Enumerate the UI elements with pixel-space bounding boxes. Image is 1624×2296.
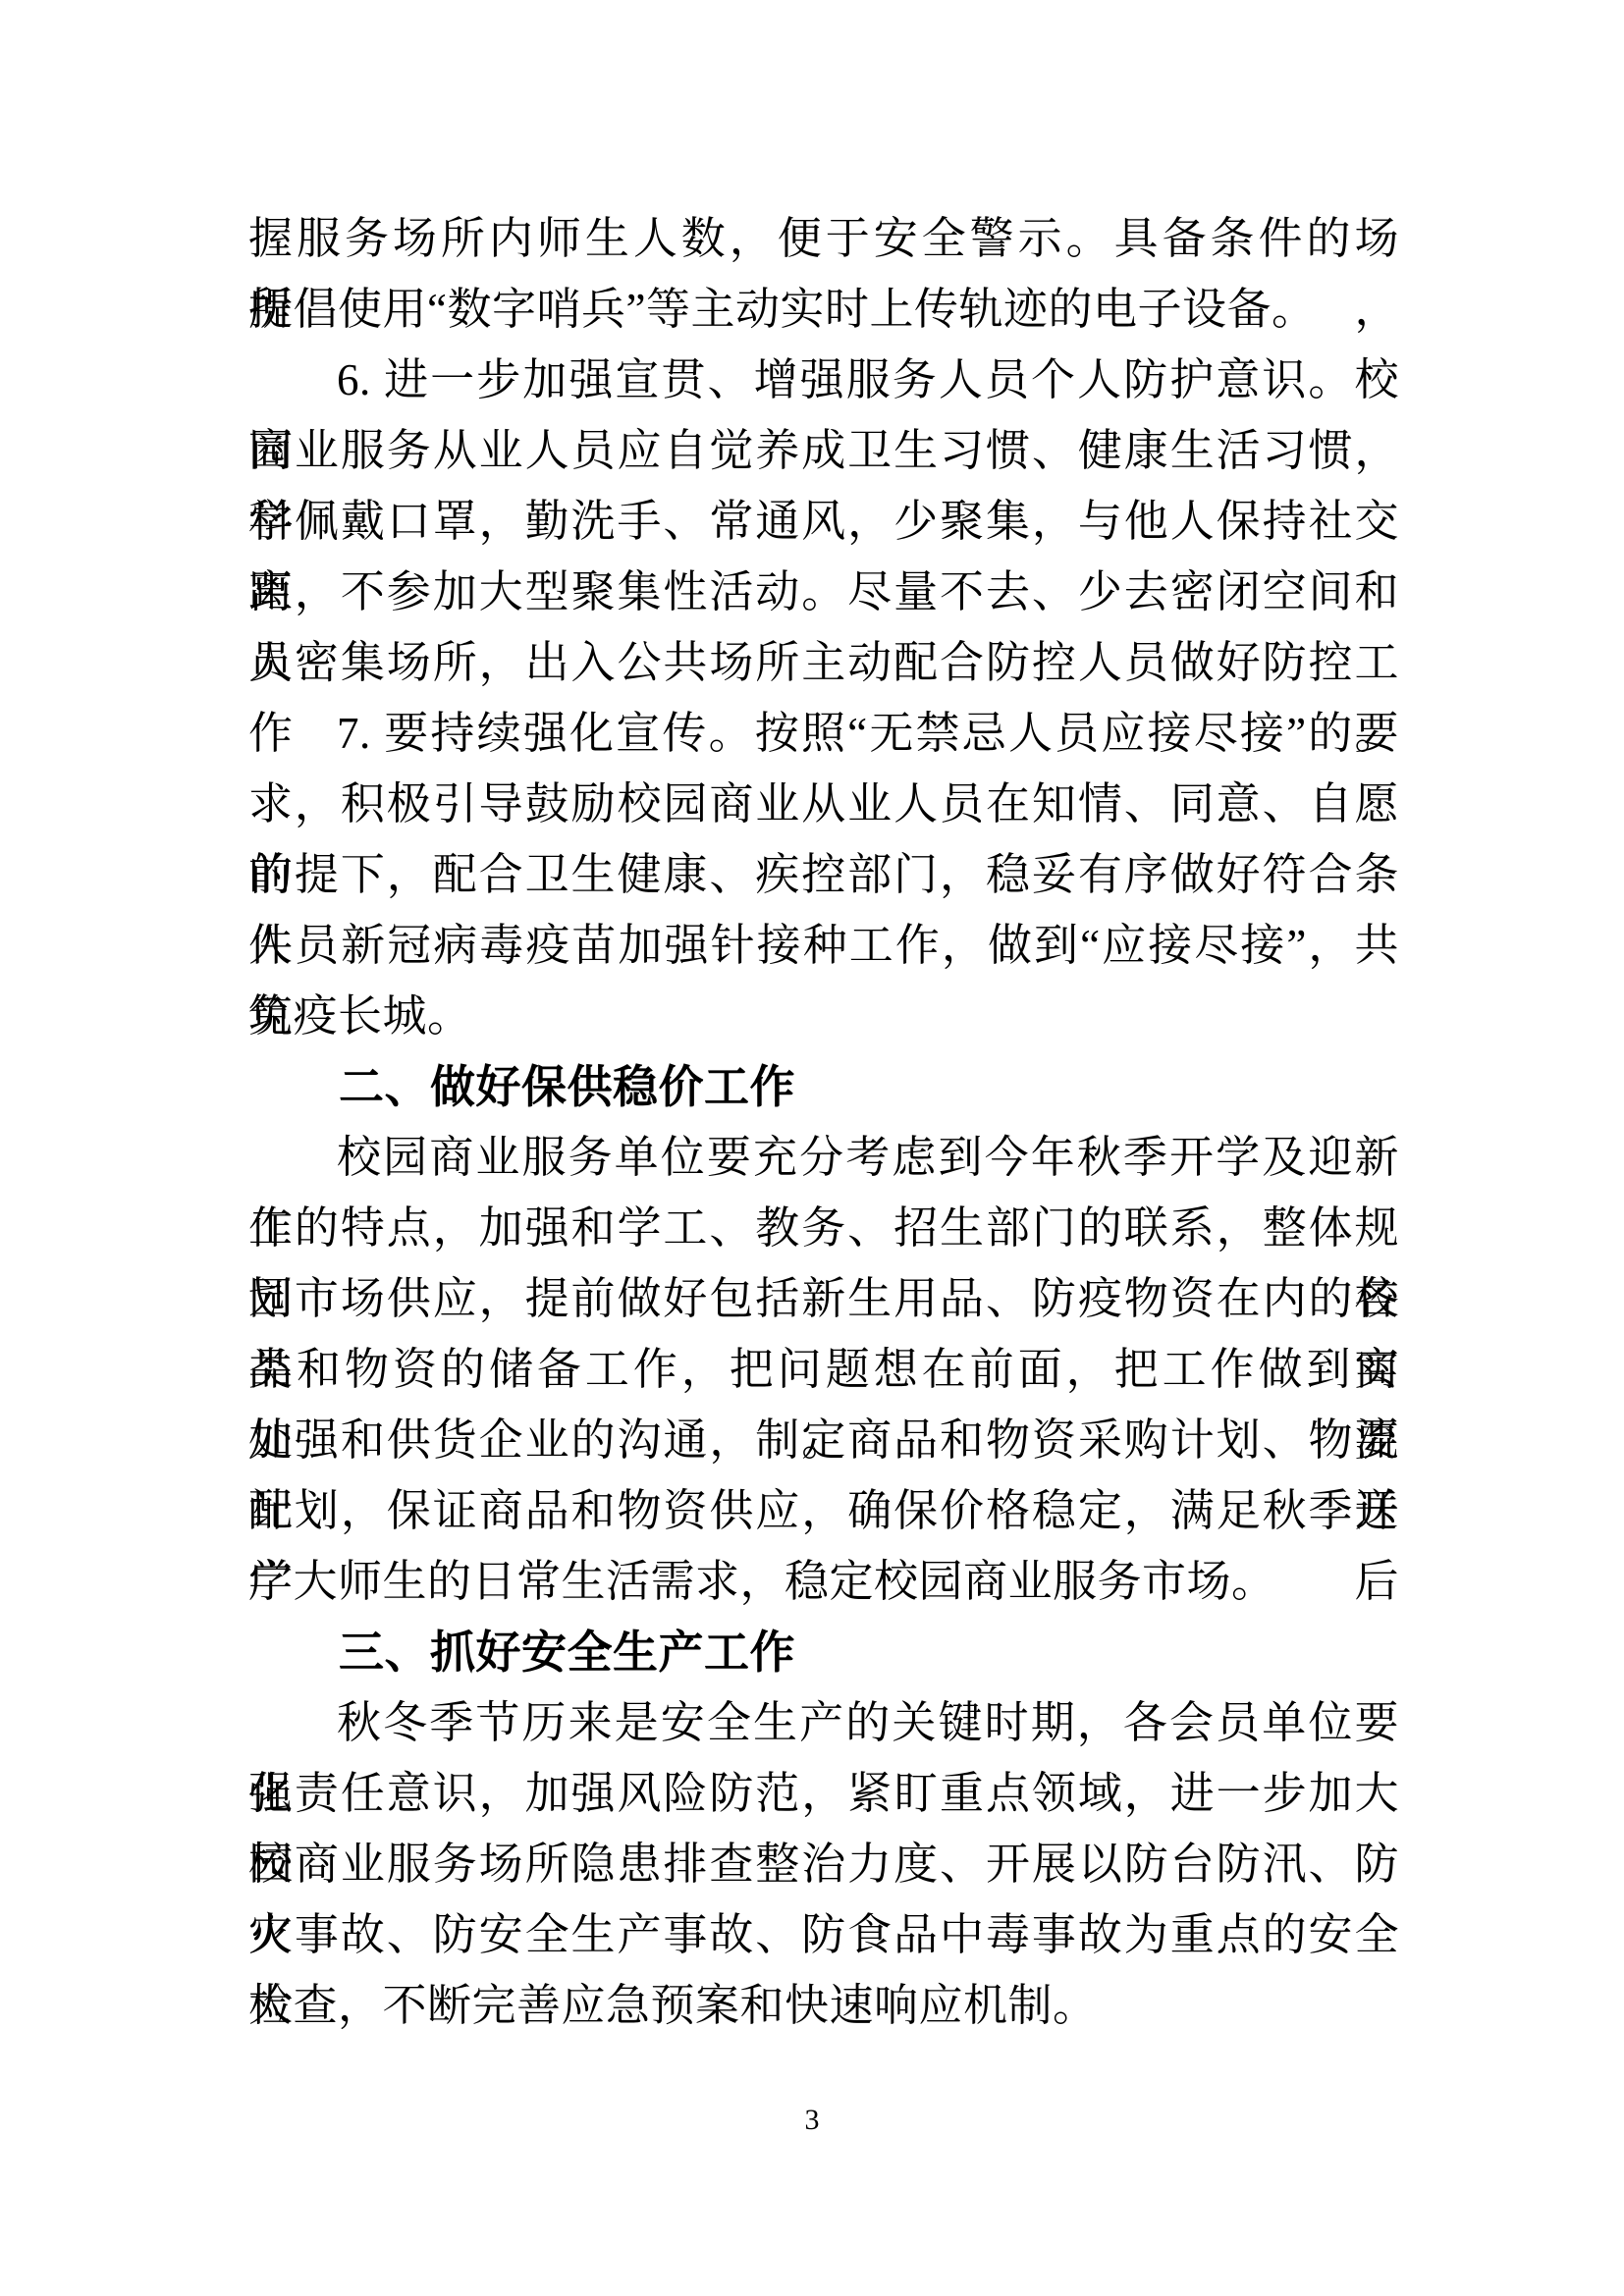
document-page: 握服务场所内师生人数，便于安全警示。具备条件的场所， 提倡使用“数字哨兵”等主动… bbox=[0, 0, 1624, 2296]
document-line: 求，积极引导鼓励校园商业从业人员在知情、同意、自愿的 bbox=[248, 769, 1399, 839]
document-line: 计划，保证商品和物资供应，确保价格稳定，满足秋季开学后 bbox=[248, 1475, 1399, 1546]
document-line: 握服务场所内师生人数，便于安全警示。具备条件的场所， bbox=[248, 203, 1399, 274]
document-line: 加强和供货企业的沟通，制定商品和物资采购计划、物流配送 bbox=[248, 1405, 1399, 1475]
document-line: 校园商业服务单位要充分考虑到今年秋季开学及迎新工 bbox=[248, 1122, 1399, 1193]
page-number: 3 bbox=[0, 2101, 1624, 2140]
document-line-item-7: 7. 要持续强化宣传。按照“无禁忌人员应接尽接”的要 bbox=[248, 698, 1399, 769]
document-line: 离，不参加大型聚集性活动。尽量不去、少去密闭空间和人 bbox=[248, 557, 1399, 627]
document-line: 免疫长城。 bbox=[248, 981, 1399, 1051]
document-line: 园商业服务场所隐患排查整治力度、开展以防台防汛、防火 bbox=[248, 1829, 1399, 1899]
section-heading-2: 二、做好保供稳价工作 bbox=[248, 1051, 1399, 1122]
document-line: 检查，不断完善应急预案和快速响应机制。 bbox=[248, 1970, 1399, 2041]
document-line: 秋冬季节历来是安全生产的关键时期，各会员单位要强 bbox=[248, 1687, 1399, 1758]
document-line: 园市场供应，提前做好包括新生用品、防疫物资在内的各类商 bbox=[248, 1263, 1399, 1334]
document-line: 员密集场所，出入公共场所主动配合防控人员做好防控工作。 bbox=[248, 627, 1399, 698]
document-line: 品和物资的储备工作，把问题想在前面，把工作做到实处。要 bbox=[248, 1334, 1399, 1405]
section-heading-3: 三、抓好安全生产工作 bbox=[248, 1617, 1399, 1687]
document-line: 作的特点，加强和学工、教务、招生部门的联系，整体规划校 bbox=[248, 1193, 1399, 1263]
document-line-item-6: 6. 进一步加强宣贯、增强服务人员个人防护意识。校园 bbox=[248, 345, 1399, 415]
document-line: 化责任意识，加强风险防范，紧盯重点领域，进一步加大校 bbox=[248, 1758, 1399, 1829]
document-line: 商业服务从业人员应自觉养成卫生习惯、健康生活习惯，科 bbox=[248, 415, 1399, 486]
document-line: 提倡使用“数字哨兵”等主动实时上传轨迹的电子设备。 bbox=[248, 274, 1399, 345]
document-line: 广大师生的日常生活需求，稳定校园商业服务市场。 bbox=[248, 1546, 1399, 1617]
document-line: 前提下，配合卫生健康、疾控部门，稳妥有序做好符合条件 bbox=[248, 839, 1399, 910]
document-line: 灾事故、防安全生产事故、防食品中毒事故为重点的安全大 bbox=[248, 1899, 1399, 1970]
document-body: 握服务场所内师生人数，便于安全警示。具备条件的场所， 提倡使用“数字哨兵”等主动… bbox=[248, 203, 1399, 2041]
document-line: 人员新冠病毒疫苗加强针接种工作，做到“应接尽接”，共筑 bbox=[248, 910, 1399, 981]
document-line: 学佩戴口罩，勤洗手、常通风，少聚集，与他人保持社交距 bbox=[248, 486, 1399, 557]
